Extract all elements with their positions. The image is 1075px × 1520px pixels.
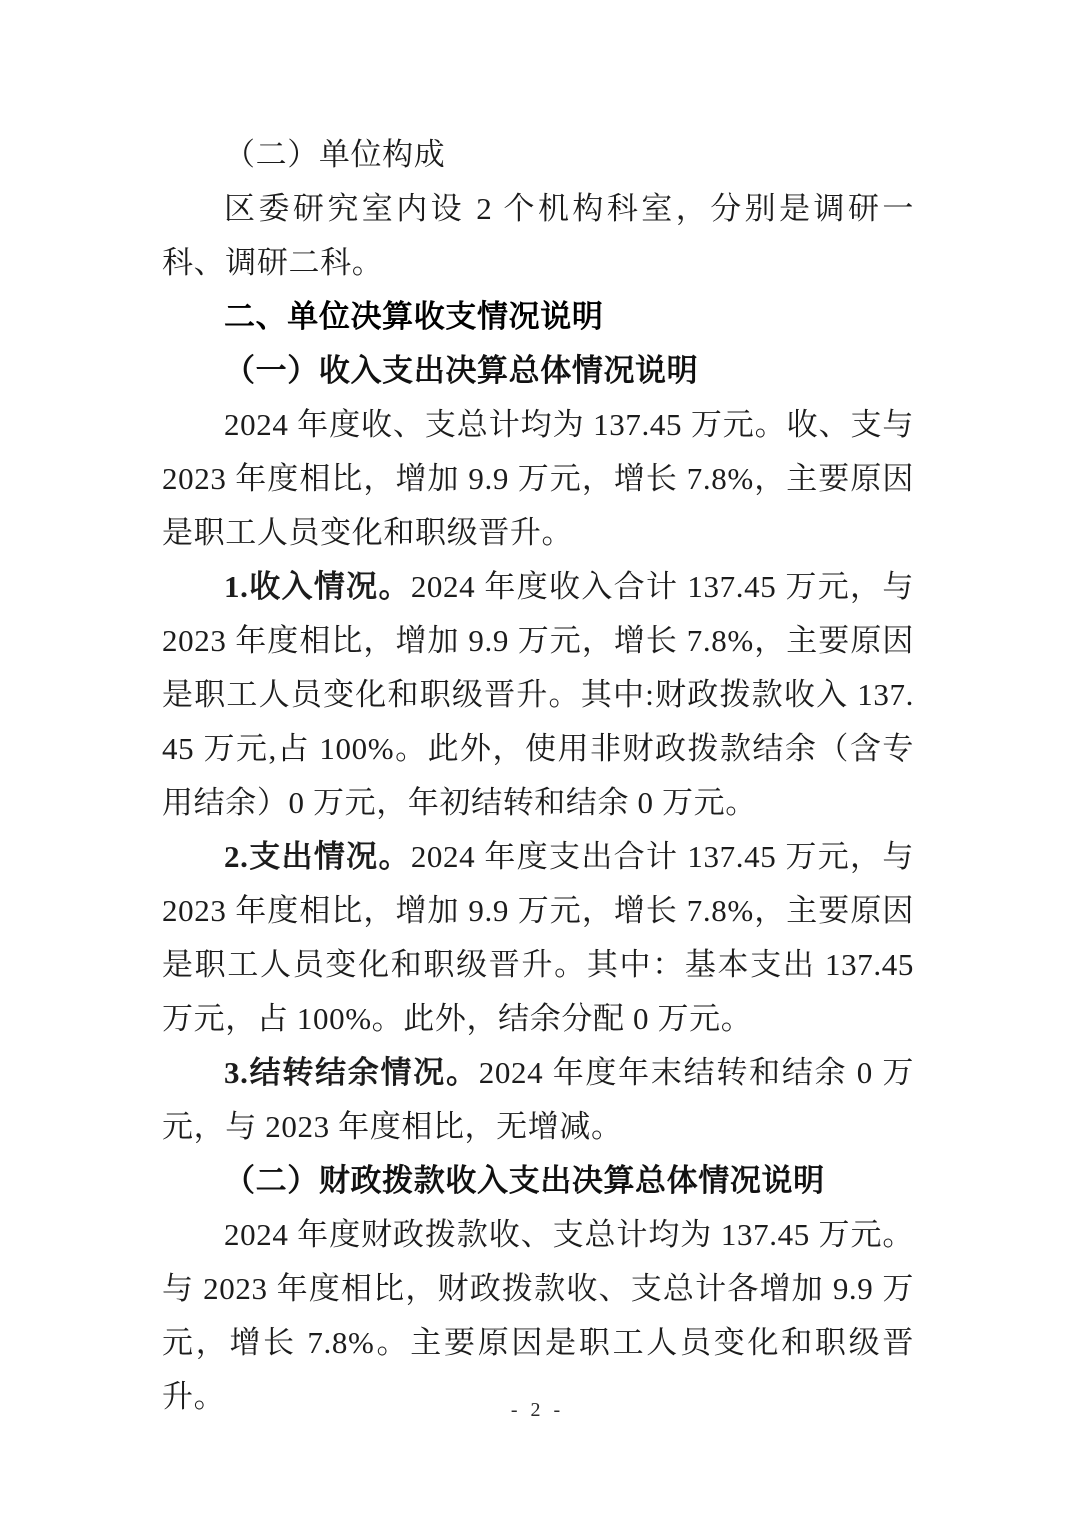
paragraph-text: 区委研究室内设 2 个机构科室，分别是调研一科、调研二科。 xyxy=(162,191,914,280)
page-number: - 2 - xyxy=(0,1396,1075,1424)
paragraph-text: 2024 年度收入合计 137.45 万元，与 2023 年度相比，增加 9.9… xyxy=(162,569,914,820)
heading-text: （二）财政拨款收入支出决算总体情况说明 xyxy=(224,1163,825,1198)
heading-unit-composition: （二）单位构成 xyxy=(162,128,914,182)
heading-subsection-one: （一）收入支出决算总体情况说明 xyxy=(162,344,914,398)
heading-text: （一）收入支出决算总体情况说明 xyxy=(224,353,698,388)
paragraph-unit-composition: 区委研究室内设 2 个机构科室，分别是调研一科、调研二科。 xyxy=(162,182,914,290)
paragraph-expenditure-situation: 2.支出情况。2024 年度支出合计 137.45 万元，与 2023 年度相比… xyxy=(162,830,914,1046)
paragraph-overall-totals: 2024 年度收、支总计均为 137.45 万元。收、支与 2023 年度相比，… xyxy=(162,398,914,560)
page-content: （二）单位构成 区委研究室内设 2 个机构科室，分别是调研一科、调研二科。 二、… xyxy=(162,128,914,1424)
heading-text: （二）单位构成 xyxy=(224,137,445,172)
paragraph-text: 2024 年度收、支总计均为 137.45 万元。收、支与 2023 年度相比，… xyxy=(162,407,914,550)
paragraph-bold-lead: 3.结转结余情况。 xyxy=(224,1055,479,1090)
heading-subsection-two: （二）财政拨款收入支出决算总体情况说明 xyxy=(162,1154,914,1208)
paragraph-carryover-situation: 3.结转结余情况。2024 年度年末结转和结余 0 万元，与 2023 年度相比… xyxy=(162,1046,914,1154)
heading-section-two: 二、单位决算收支情况说明 xyxy=(162,290,914,344)
document-page: （二）单位构成 区委研究室内设 2 个机构科室，分别是调研一科、调研二科。 二、… xyxy=(0,0,1075,1520)
paragraph-text: 2024 年度财政拨款收、支总计均为 137.45 万元。与 2023 年度相比… xyxy=(162,1217,914,1414)
paragraph-bold-lead: 2.支出情况。 xyxy=(224,839,411,874)
paragraph-income-situation: 1.收入情况。2024 年度收入合计 137.45 万元，与 2023 年度相比… xyxy=(162,560,914,830)
heading-text: 二、单位决算收支情况说明 xyxy=(224,299,603,334)
paragraph-fiscal-appropriation-totals: 2024 年度财政拨款收、支总计均为 137.45 万元。与 2023 年度相比… xyxy=(162,1208,914,1424)
paragraph-bold-lead: 1.收入情况。 xyxy=(224,569,411,604)
